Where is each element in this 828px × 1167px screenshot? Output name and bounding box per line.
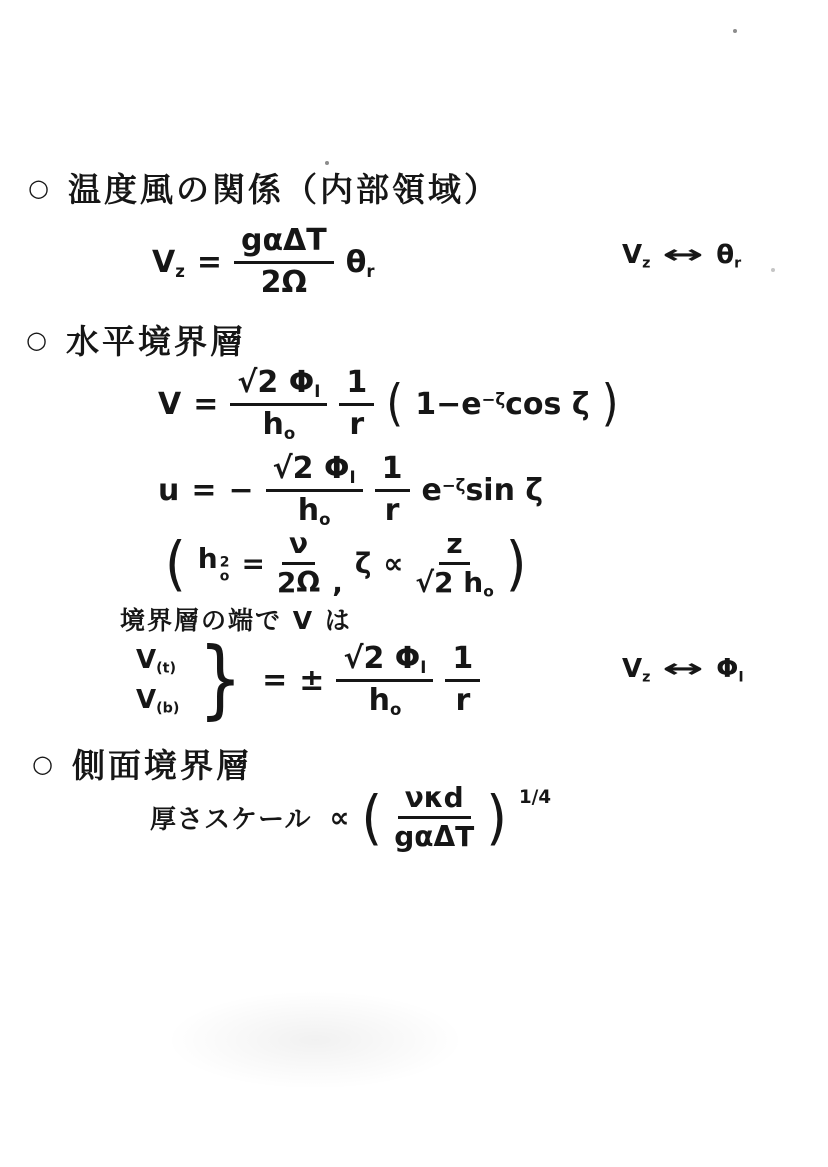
annot-left-symbol: V — [622, 654, 642, 684]
bullet-circle: ○ — [26, 326, 50, 354]
annot-right: ΦI — [716, 654, 743, 684]
heading-text: 側面境界層 — [72, 740, 252, 787]
annot-right-symbol: θ — [716, 240, 734, 270]
rhs-subscript: r — [366, 261, 374, 280]
fraction-denominator: 2Ω — [277, 565, 320, 599]
fraction-denominator: gαΔT — [394, 819, 474, 853]
proportional-sign: ∝ — [329, 801, 349, 834]
equals-sign: = — [262, 663, 287, 698]
equation-parameters: ( h2o = ν 2Ω , ζ ∝ z √2 ho ) — [165, 528, 527, 599]
equals-sign: = — [191, 473, 216, 508]
close-paren: ) — [506, 530, 527, 598]
annot-left: Vz — [622, 240, 650, 270]
heading-text: 水平境界層 — [66, 316, 246, 363]
annot-left-symbol: V — [622, 240, 642, 270]
equation-u: u = − √2 ΦI ho 1 r e−ζsin ζ — [158, 452, 543, 528]
v-top-bottom-stack: V(t) V(b) — [136, 645, 179, 715]
bullet-circle: ○ — [32, 750, 56, 778]
fraction: gαΔT 2Ω — [234, 224, 334, 300]
heading-text: 温度風の関係（内部領域） — [68, 164, 500, 211]
fraction-numerator: νκd — [398, 782, 471, 819]
h-subscript: o — [220, 570, 230, 585]
fraction-denominator: r — [455, 682, 470, 719]
fraction-denominator: 2Ω — [261, 264, 307, 301]
section-heading-horizontal-boundary-layer: ○ 水平境界層 — [26, 316, 246, 363]
margin-annotation-thermal: Vz ↔ θr — [622, 240, 741, 270]
annot-right-subscript: r — [734, 255, 741, 271]
fraction-denominator: √2 ho — [415, 565, 493, 599]
fraction-z-sqrt2h0: z √2 ho — [415, 528, 493, 599]
v-symbol: V — [136, 685, 156, 715]
open-paren: ( — [361, 784, 382, 852]
fraction-numerator: ν — [282, 528, 315, 565]
eq-body: e−ζsin ζ — [422, 473, 544, 508]
h0-squared: h2o — [198, 542, 230, 586]
annot-right-subscript: I — [738, 669, 743, 685]
fraction-denominator: ho — [369, 682, 402, 719]
scan-bleedthrough-smudge — [165, 990, 465, 1090]
plus-minus-sign: ± — [299, 663, 324, 698]
section-heading-thermal-wind: ○ 温度風の関係（内部領域） — [28, 164, 500, 211]
thickness-label: 厚さスケール — [150, 799, 311, 836]
fraction-one-over-r: 1 r — [445, 642, 480, 718]
ink-speck — [325, 161, 329, 165]
lhs-subscript: z — [175, 261, 185, 280]
close-paren: ) — [486, 784, 507, 852]
denominator-subscript: o — [319, 510, 330, 529]
eq-lhs: u — [158, 473, 179, 508]
denominator-text: h — [369, 683, 390, 718]
fraction-numerator: gαΔT — [234, 224, 334, 264]
exponent: −ζ — [442, 475, 466, 494]
numerator-subscript: I — [420, 659, 426, 678]
fraction-numerator: √2 ΦI — [230, 366, 327, 406]
annot-left-subscript: z — [642, 255, 650, 271]
equals-sign: = — [197, 245, 222, 280]
close-paren: ) — [602, 375, 619, 433]
denominator-subscript: o — [390, 700, 401, 719]
double-arrow-icon: ↔ — [663, 240, 704, 270]
denominator-text: h — [298, 493, 319, 528]
denominator-text: h — [263, 407, 284, 442]
v-top: V(t) — [136, 645, 179, 675]
bullet-circle: ○ — [28, 174, 52, 202]
proportional-sign: ∝ — [383, 547, 403, 580]
exponent: 1/4 — [519, 787, 551, 808]
eq-body: 1−e−ζcos ζ — [415, 387, 589, 422]
fraction-phi-h0: √2 ΦI ho — [336, 642, 433, 718]
section-heading-side-boundary-layer: ○ 側面境界層 — [32, 740, 252, 787]
ink-speck — [733, 29, 737, 33]
numerator-text: √2 Φ — [237, 365, 314, 400]
fraction-one-over-r: 1 r — [375, 452, 410, 528]
fraction-denominator: r — [349, 406, 364, 443]
zeta-symbol: ζ — [355, 547, 372, 580]
margin-annotation-phi: Vz ↔ ΦI — [622, 654, 744, 684]
comma: , — [332, 566, 343, 599]
rhs-symbol: θ — [346, 245, 367, 280]
body-trailer: sin ζ — [465, 473, 543, 508]
equation-thickness-scale: 厚さスケール ∝ ( νκd gαΔT ) 1/4 — [150, 782, 551, 853]
fraction-denominator: ho — [298, 492, 331, 529]
fraction-nu-2omega: ν 2Ω — [277, 528, 320, 599]
right-brace: } — [199, 643, 243, 716]
exponent: −ζ — [482, 389, 506, 408]
minus-sign: − — [229, 473, 254, 508]
numerator-subscript: I — [349, 469, 355, 488]
denominator-subscript: o — [483, 584, 494, 602]
h-superscript: 2 — [220, 555, 230, 570]
body-text: 1−e — [415, 387, 481, 422]
eq-lhs: V — [158, 387, 181, 422]
annot-left: Vz — [622, 654, 650, 684]
h-sup-sub: 2o — [220, 555, 230, 584]
fraction-numerator: √2 ΦI — [266, 452, 363, 492]
fraction-numerator: z — [439, 528, 469, 565]
annot-right-symbol: Φ — [716, 654, 738, 684]
open-paren: ( — [386, 375, 403, 433]
h-symbol: h — [198, 542, 218, 575]
v-symbol: V — [136, 645, 156, 675]
v-bottom-subscript: (b) — [156, 700, 179, 716]
fraction-numerator: 1 — [375, 452, 410, 492]
annot-right: θr — [716, 240, 741, 270]
equals-sign: = — [241, 547, 264, 580]
numerator-text: √2 Φ — [273, 451, 350, 486]
annot-left-subscript: z — [642, 669, 650, 685]
fraction-denominator: ho — [263, 406, 296, 443]
eq-lhs: Vz — [152, 245, 185, 280]
body-trailer: cos ζ — [505, 387, 589, 422]
lhs-symbol: V — [152, 245, 175, 280]
numerator-text: √2 Φ — [343, 641, 420, 676]
fraction-nukd-gadt: νκd gαΔT — [394, 782, 474, 853]
equation-v: V = √2 ΦI ho 1 r ( 1−e−ζcos ζ ) — [158, 366, 619, 442]
equation-thermal-wind: Vz = gαΔT 2Ω θr — [152, 224, 375, 300]
double-arrow-icon: ↔ — [663, 654, 704, 684]
fraction-numerator: √2 ΦI — [336, 642, 433, 682]
fraction-phi-h0: √2 ΦI ho — [230, 366, 327, 442]
ink-speck — [771, 268, 775, 272]
fraction-phi-h0: √2 ΦI ho — [266, 452, 363, 528]
e-symbol: e — [422, 473, 442, 508]
fraction-numerator: 1 — [339, 366, 374, 406]
numerator-subscript: I — [314, 383, 320, 402]
open-paren: ( — [165, 530, 186, 598]
denominator-text: √2 h — [415, 566, 483, 599]
v-bottom: V(b) — [136, 685, 179, 715]
fraction-numerator: 1 — [445, 642, 480, 682]
equals-sign: = — [193, 387, 218, 422]
v-top-subscript: (t) — [156, 660, 176, 676]
fraction-one-over-r: 1 r — [339, 366, 374, 442]
denominator-subscript: o — [284, 424, 295, 443]
fraction-denominator: r — [385, 492, 400, 529]
equation-edge-values: V(t) V(b) } = ± √2 ΦI ho 1 r — [136, 642, 480, 718]
scanned-note-page: ○ 温度風の関係（内部領域） Vz = gαΔT 2Ω θr Vz ↔ θr ○… — [0, 0, 828, 1167]
eq-rhs: θr — [346, 245, 375, 280]
